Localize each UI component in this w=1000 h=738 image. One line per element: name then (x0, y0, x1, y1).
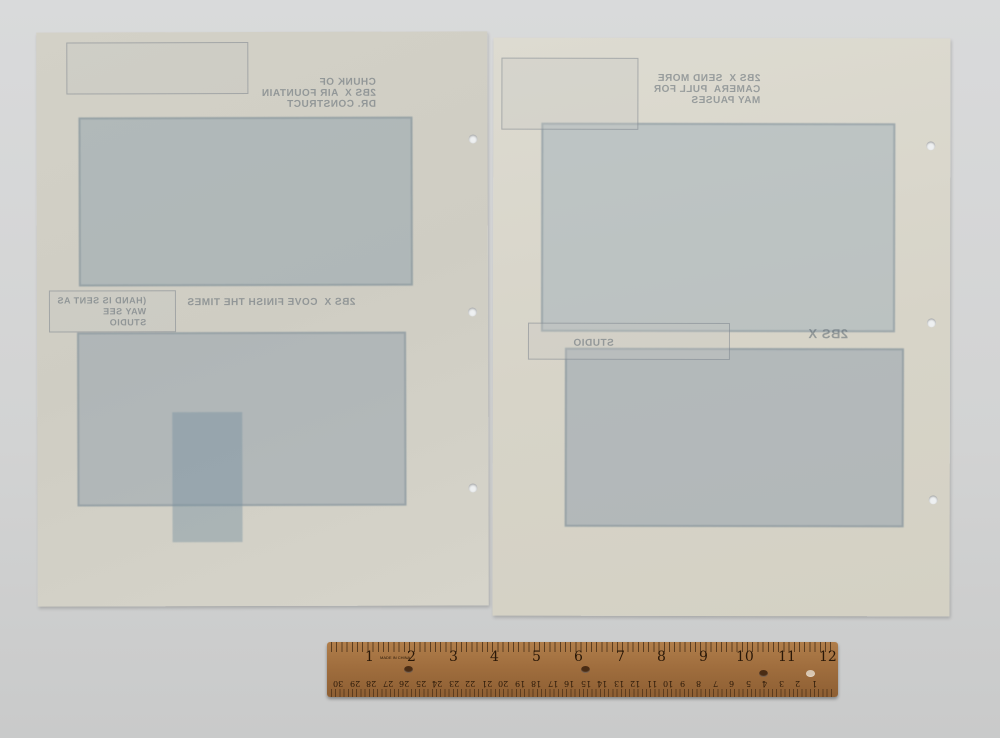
inch-label: 10 (736, 649, 754, 665)
cm-label: 28 (366, 679, 376, 688)
cm-label: 29 (350, 679, 360, 688)
ghost-caption-1: 2BS X SEND MORE CAMERA PULL FOR MAY PAUS… (653, 73, 760, 106)
inch-label: 8 (657, 649, 666, 665)
cm-label: 15 (581, 679, 591, 688)
cm-label: 21 (482, 679, 492, 688)
punch-hole (926, 141, 935, 150)
left-storyboard-sheet: CHUNK OF 2BS X AIR FOUNTAIN DR. CONSTRUC… (36, 31, 489, 606)
inch-label: 6 (574, 649, 583, 665)
panel-top-right (541, 123, 895, 333)
inch-label: 4 (490, 649, 499, 665)
cm-label: 30 (333, 679, 343, 688)
inch-label: 2 (407, 649, 416, 665)
cm-label: 14 (597, 679, 607, 688)
ghost-caption-2: STUDIO (573, 338, 614, 349)
cm-label: 20 (498, 679, 508, 688)
punch-hole (929, 495, 938, 504)
ruler-hole (404, 666, 413, 673)
cm-label: 5 (746, 679, 751, 688)
cm-label: 6 (729, 679, 734, 688)
inch-label: 9 (699, 649, 708, 665)
cm-label: 24 (432, 679, 442, 688)
cm-label: 9 (680, 679, 685, 688)
cm-label: 26 (399, 679, 409, 688)
inch-label: 12 (819, 649, 837, 665)
punch-hole (469, 134, 478, 143)
label-box-top-left (66, 42, 248, 94)
cm-label: 7 (713, 679, 718, 688)
punch-hole (468, 307, 477, 316)
cm-label: 17 (548, 679, 558, 688)
punch-hole (927, 318, 936, 327)
panel-top-left (78, 117, 412, 287)
wooden-ruler: MADE IN CHINA 1 2 3 4 5 6 7 8 9 10 11 12… (327, 642, 838, 697)
cm-ticks (331, 689, 834, 697)
figure-bleed (172, 412, 242, 542)
cm-label: 22 (465, 679, 475, 688)
cm-label: 3 (779, 679, 784, 688)
label-box-top-right (501, 58, 638, 130)
inch-label: 7 (616, 649, 625, 665)
label-box-mid-right (528, 323, 730, 360)
ghost-caption-2: 2BS X COVE FINISH THE TIMES (187, 297, 355, 308)
cm-label: 1 (812, 679, 817, 688)
cm-label: 18 (531, 679, 541, 688)
inch-label: 11 (778, 649, 796, 665)
ghost-caption-3: (HAND IS SENT AS WAY SEE STUDIO (57, 295, 146, 328)
cm-label: 16 (564, 679, 574, 688)
panel-bottom-right (565, 348, 904, 528)
ghost-caption-3: 2BS X (808, 328, 848, 339)
inch-label: 5 (532, 649, 541, 665)
inch-label: 3 (449, 649, 458, 665)
cm-label: 12 (630, 679, 640, 688)
cm-label: 27 (383, 679, 393, 688)
ruler-hole (581, 666, 590, 673)
cm-label: 10 (663, 679, 673, 688)
cm-label: 2 (795, 679, 800, 688)
ruler-hole (759, 670, 768, 677)
cm-label: 8 (696, 679, 701, 688)
cm-label: 19 (515, 679, 525, 688)
ghost-caption-1: CHUNK OF 2BS X AIR FOUNTAIN DR. CONSTRUC… (261, 77, 376, 110)
cm-label: 4 (762, 679, 767, 688)
ruler-hole (806, 670, 815, 677)
made-in-label: MADE IN CHINA (380, 655, 410, 660)
punch-hole (468, 483, 477, 492)
cm-label: 23 (449, 679, 459, 688)
inch-label: 1 (365, 649, 374, 665)
cm-label: 25 (416, 679, 426, 688)
cm-label: 11 (647, 679, 657, 688)
right-storyboard-sheet: 2BS X SEND MORE CAMERA PULL FOR MAY PAUS… (492, 38, 950, 617)
cm-label: 13 (614, 679, 624, 688)
